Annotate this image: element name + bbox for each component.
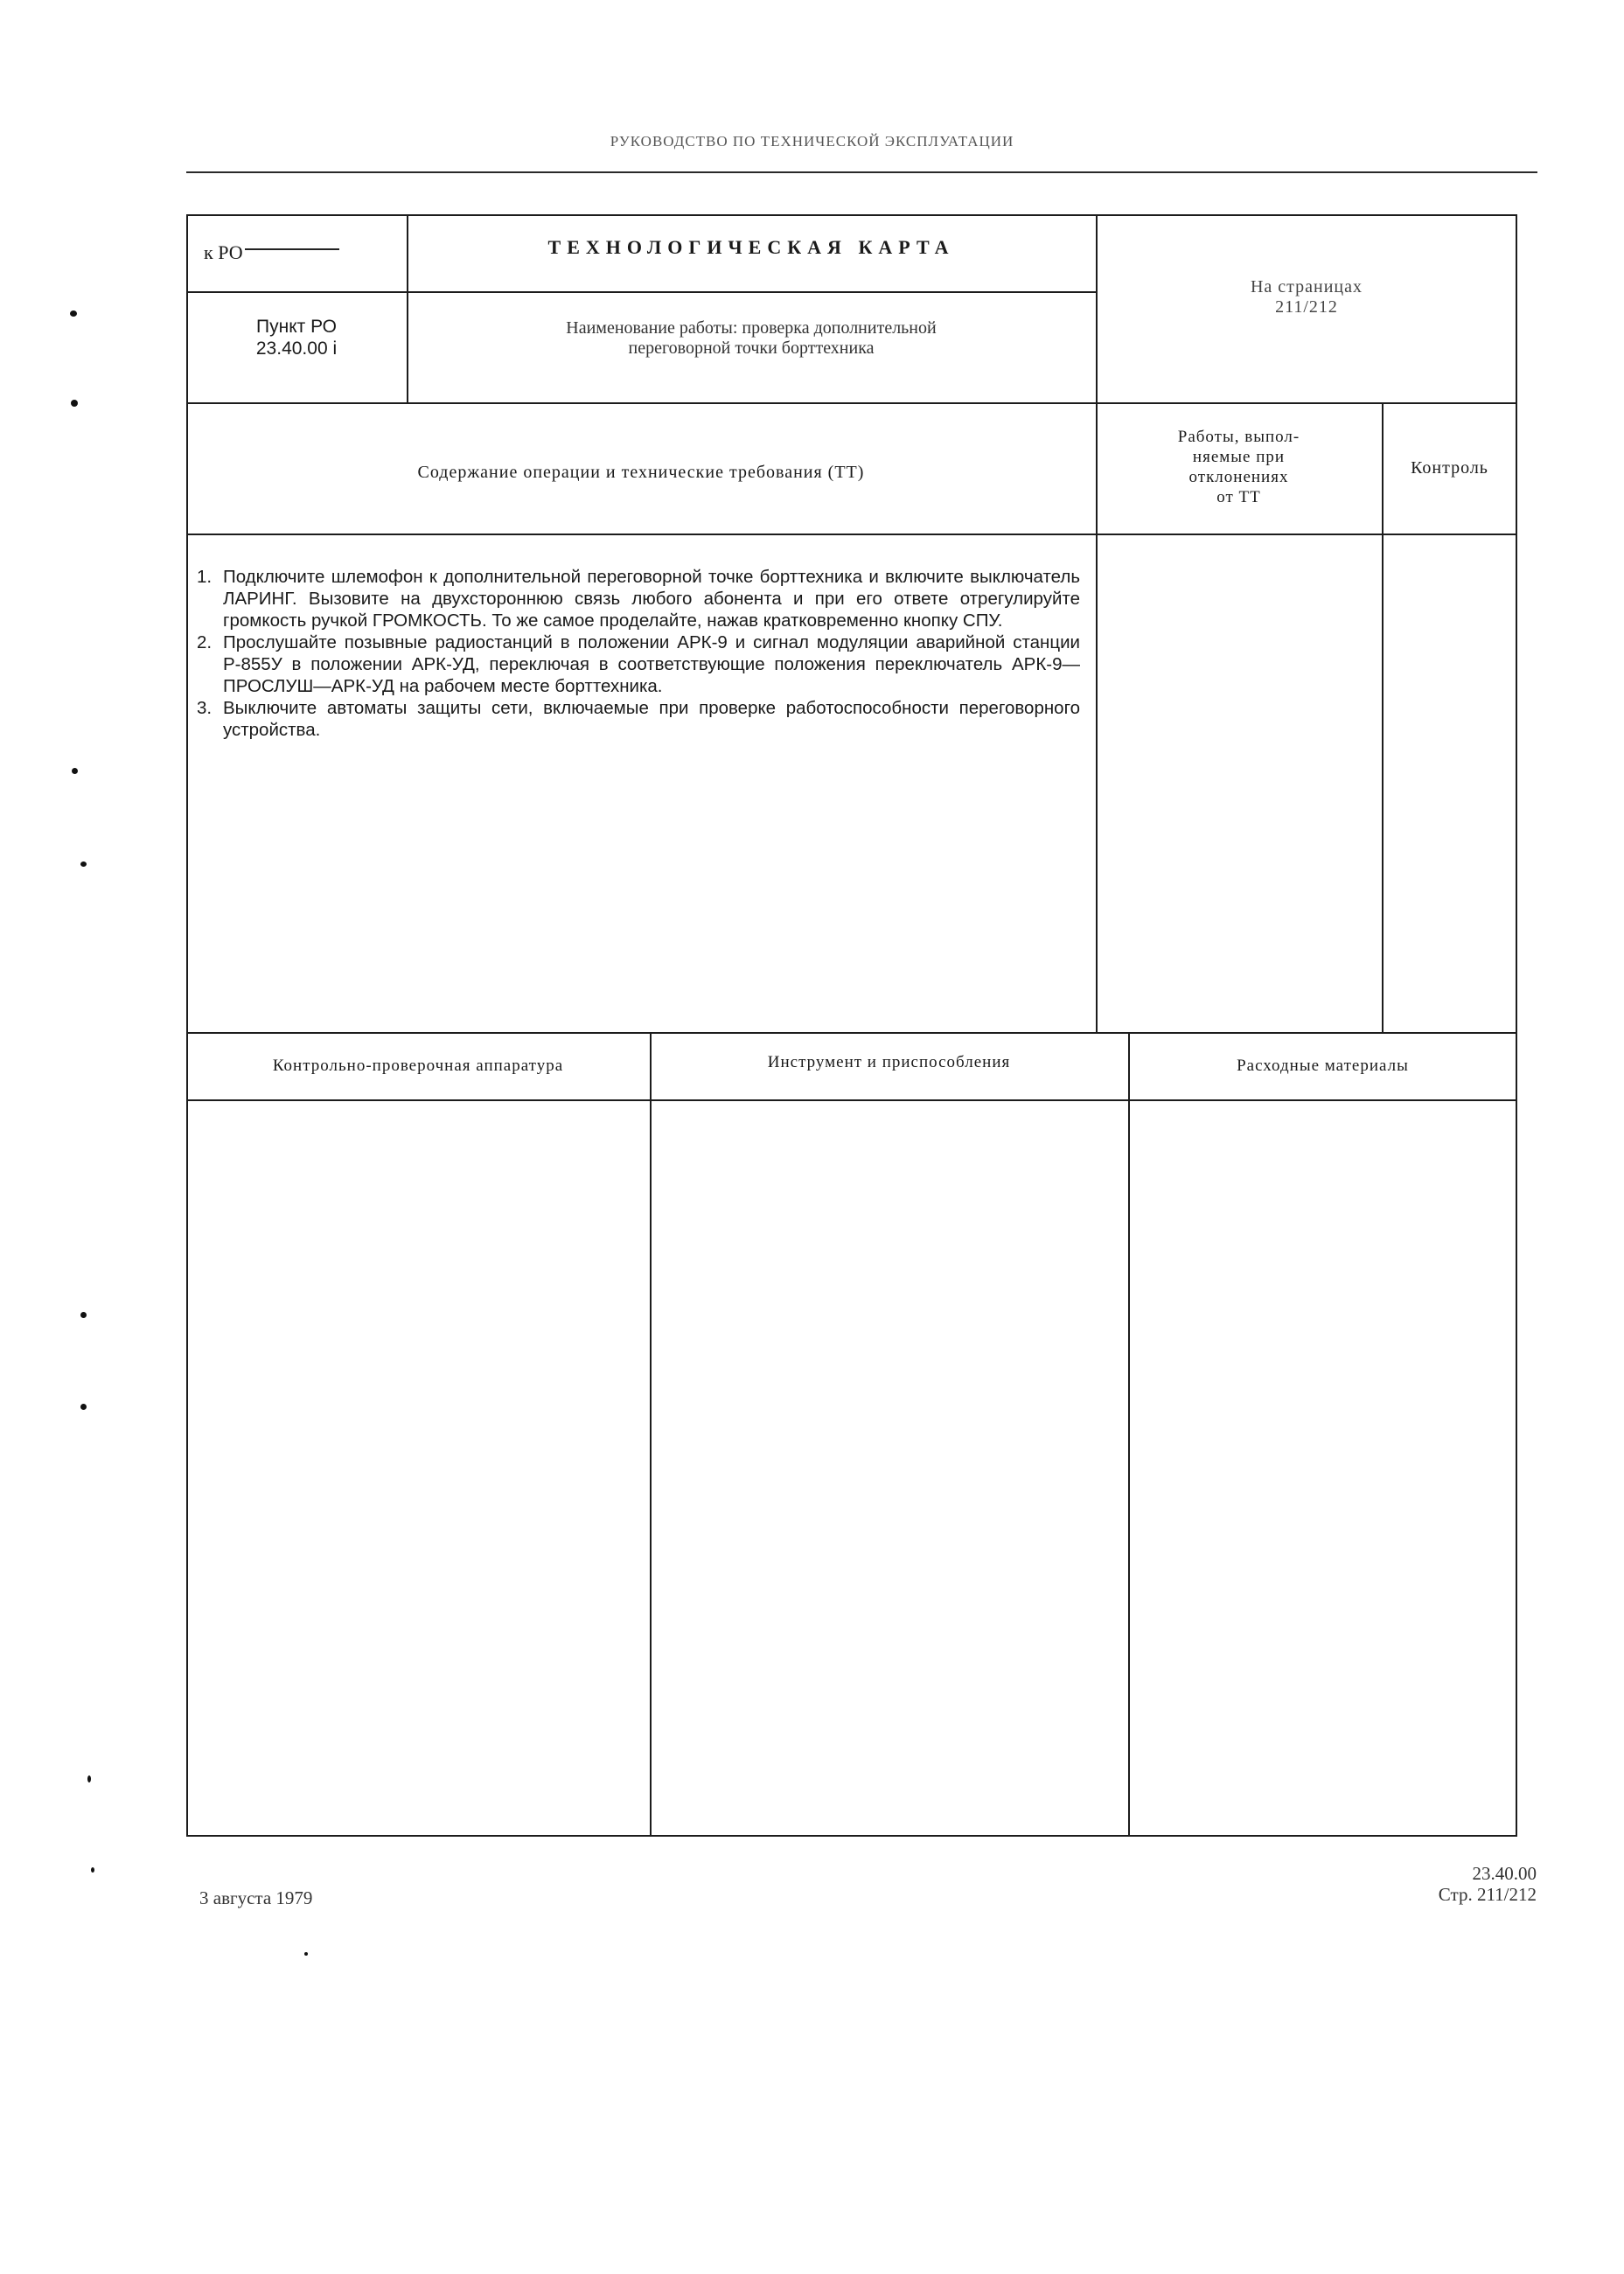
column-header-control: Контроль [1382,402,1517,534]
operation-text: Подключите шлемофон к дополнительной пер… [223,566,1080,631]
operation-number: 1. [197,566,223,631]
scan-speck [80,1312,87,1318]
divider [186,534,1517,535]
footer-doc-number: 23.40.00 [1439,1863,1537,1884]
footer-page-ref: Стр. 211/212 [1439,1884,1537,1905]
scan-speck [91,1867,94,1873]
scan-speck [71,400,78,407]
operation-text: Прослушайте позывные радиостанций в поло… [223,631,1080,697]
operation-number: 3. [197,697,223,741]
column-header-operations: Содержание операции и технические требов… [186,402,1096,534]
k-ro-field: к РО [186,214,407,291]
divider [186,1099,1517,1101]
running-header: РУКОВОДСТВО ПО ТЕХНИЧЕСКОЙ ЭКСПЛУАТАЦИИ [0,133,1624,150]
work-name-line2: переговорной точки борттехника [628,338,874,359]
pages-label: На страницах [1251,277,1363,297]
operation-text: Выключите автоматы защиты сети, включаем… [223,697,1080,741]
work-name-line1: Наименование работы: проверка дополнител… [566,318,936,338]
scan-speck [87,1775,91,1782]
deviations-line2: няемые при [1193,448,1285,468]
punkt-label: Пункт РО [256,317,337,338]
deviations-line1: Работы, выпол- [1178,428,1300,448]
scan-speck [304,1952,308,1956]
card-title: ТЕХНОЛОГИЧЕСКАЯ КАРТА [407,214,1096,280]
header-rule [186,171,1537,173]
k-ro-blank [245,248,339,250]
operation-number: 2. [197,631,223,697]
technological-card: к РО ТЕХНОЛОГИЧЕСКАЯ КАРТА На страницах … [186,214,1517,1835]
pages-cell: На страницах 211/212 [1096,214,1517,402]
punkt-value: 23.40.00 i [256,338,337,359]
frame-bottom [186,1835,1517,1837]
operations-list: 1. Подключите шлемофон к дополнительной … [197,566,1080,741]
scan-speck [72,768,78,774]
deviations-line4: от ТТ [1216,488,1261,508]
footer-date: 3 августа 1979 [199,1887,312,1909]
operation-item: 1. Подключите шлемофон к дополнительной … [197,566,1080,631]
scan-speck [80,1404,87,1410]
divider [650,1032,652,1835]
column-header-equipment: Контрольно-проверочная аппаратура [186,1032,650,1099]
footer-reference: 23.40.00 Стр. 211/212 [1439,1863,1537,1905]
column-header-deviations: Работы, выпол- няемые при отклонениях от… [1096,402,1382,534]
divider [1128,1032,1130,1835]
column-header-tools: Инструмент и приспособления [650,1032,1128,1093]
k-ro-label: к РО [204,241,243,263]
operation-item: 2. Прослушайте позывные радиостанций в п… [197,631,1080,697]
work-name-cell: Наименование работы: проверка дополнител… [407,291,1096,402]
pages-value: 211/212 [1275,297,1338,317]
punkt-ro-cell: Пункт РО 23.40.00 i [186,291,407,402]
column-header-materials: Расходные материалы [1128,1032,1517,1099]
scan-speck [70,310,77,317]
deviations-line3: отклонениях [1189,468,1289,488]
operation-item: 3. Выключите автоматы защиты сети, включ… [197,697,1080,741]
scan-speck [80,861,87,867]
